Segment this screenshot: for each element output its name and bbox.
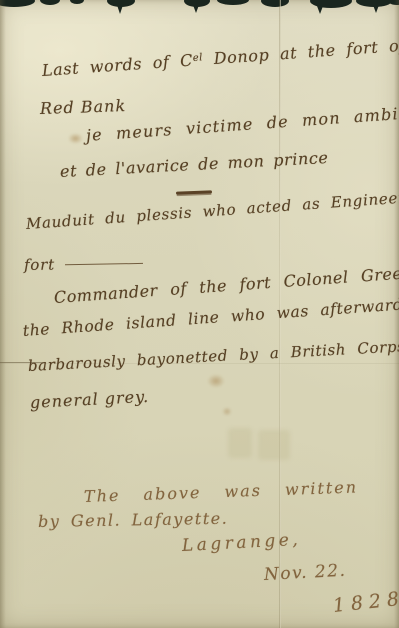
manuscript-line-french-2: et de l'avarice de mon prince <box>60 149 329 181</box>
torn-top-edge-icon <box>0 0 399 16</box>
paper-edge-shadow-left <box>0 0 6 628</box>
ink-divider <box>176 190 212 194</box>
foxing-stain <box>207 374 225 388</box>
manuscript-line-bayonetted: barbarously bayonetted by a British Corp… <box>28 335 399 374</box>
foxing-stain <box>68 133 83 144</box>
closing-line-by-lafayette: by Genl. Lafayette. <box>38 510 229 531</box>
foxing-stain <box>222 407 232 416</box>
heading-text-pre: Last words of C <box>41 50 193 80</box>
manuscript-line-heading: Last words of Cel Donop at the fort of <box>41 37 399 80</box>
heading-superscript: el <box>192 52 203 64</box>
manuscript-line-french-1: je meurs victime de mon ambition <box>85 103 399 145</box>
manuscript-line-general-grey: general grey. <box>30 388 150 412</box>
closing-place: Lagrange, <box>182 531 302 556</box>
closing-year: 1828 <box>332 588 399 616</box>
heading-text-post: Donop at the fort of <box>202 36 399 69</box>
closing-date: Nov. 22. <box>264 562 347 585</box>
discoloration-patch <box>258 430 290 460</box>
fort-text: fort <box>24 255 55 274</box>
manuscript-line-mauduit: Mauduit du plessis who acted as Engineer… <box>25 185 399 232</box>
manuscript-line-red-bank: Red Bank <box>40 97 127 118</box>
manuscript-line-fort: fort <box>24 255 143 274</box>
ink-dash-line <box>65 263 143 265</box>
discoloration-patch <box>228 428 252 458</box>
closing-line-above-written: The above was written <box>84 478 359 505</box>
manuscript-page: Last words of Cel Donop at the fort of R… <box>0 0 399 628</box>
